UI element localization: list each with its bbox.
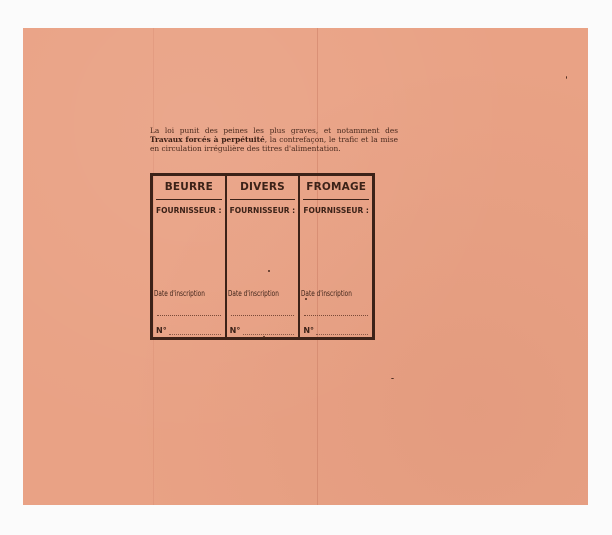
date-dotted-line — [157, 315, 221, 316]
warning-text-part1: La loi punit des peines les plus graves,… — [150, 126, 398, 135]
warning-text-emphasis: Travaux forcés à perpétuité — [150, 135, 265, 144]
date-dotted-line — [231, 315, 295, 316]
number-dotted-line — [169, 334, 221, 335]
number-label: N° — [230, 326, 241, 335]
number-label: N° — [303, 326, 314, 335]
supplier-label: FOURNISSEUR : — [156, 206, 222, 215]
ink-speck — [305, 298, 307, 300]
legal-warning-text: La loi punit des peines les plus graves,… — [150, 126, 398, 154]
number-dotted-line — [316, 334, 368, 335]
ink-speck — [391, 378, 394, 379]
date-dotted-line — [304, 315, 368, 316]
column-header: BEURRE — [153, 176, 225, 198]
header-divider — [230, 199, 296, 200]
ink-speck — [268, 270, 270, 272]
date-label: Date d'inscription — [301, 289, 352, 298]
ration-card-paper: La loi punit des peines les plus graves,… — [23, 28, 588, 505]
supplier-label: FOURNISSEUR : — [230, 206, 296, 215]
number-label: N° — [156, 326, 167, 335]
header-divider — [156, 199, 222, 200]
header-divider — [303, 199, 369, 200]
supplier-registration-table: BEURRE FOURNISSEUR : Date d'inscription … — [150, 173, 375, 340]
column-divers: DIVERS FOURNISSEUR : Date d'inscription … — [227, 176, 301, 337]
ink-speck — [566, 76, 567, 79]
column-fromage: FROMAGE FOURNISSEUR : Date d'inscription… — [300, 176, 372, 337]
supplier-label: FOURNISSEUR : — [303, 206, 369, 215]
date-label: Date d'inscription — [228, 289, 279, 298]
column-header: FROMAGE — [300, 176, 372, 198]
column-beurre: BEURRE FOURNISSEUR : Date d'inscription … — [153, 176, 227, 337]
column-header: DIVERS — [227, 176, 299, 198]
number-dotted-line — [243, 334, 295, 335]
date-label: Date d'inscription — [154, 289, 205, 298]
ink-speck — [263, 336, 265, 338]
